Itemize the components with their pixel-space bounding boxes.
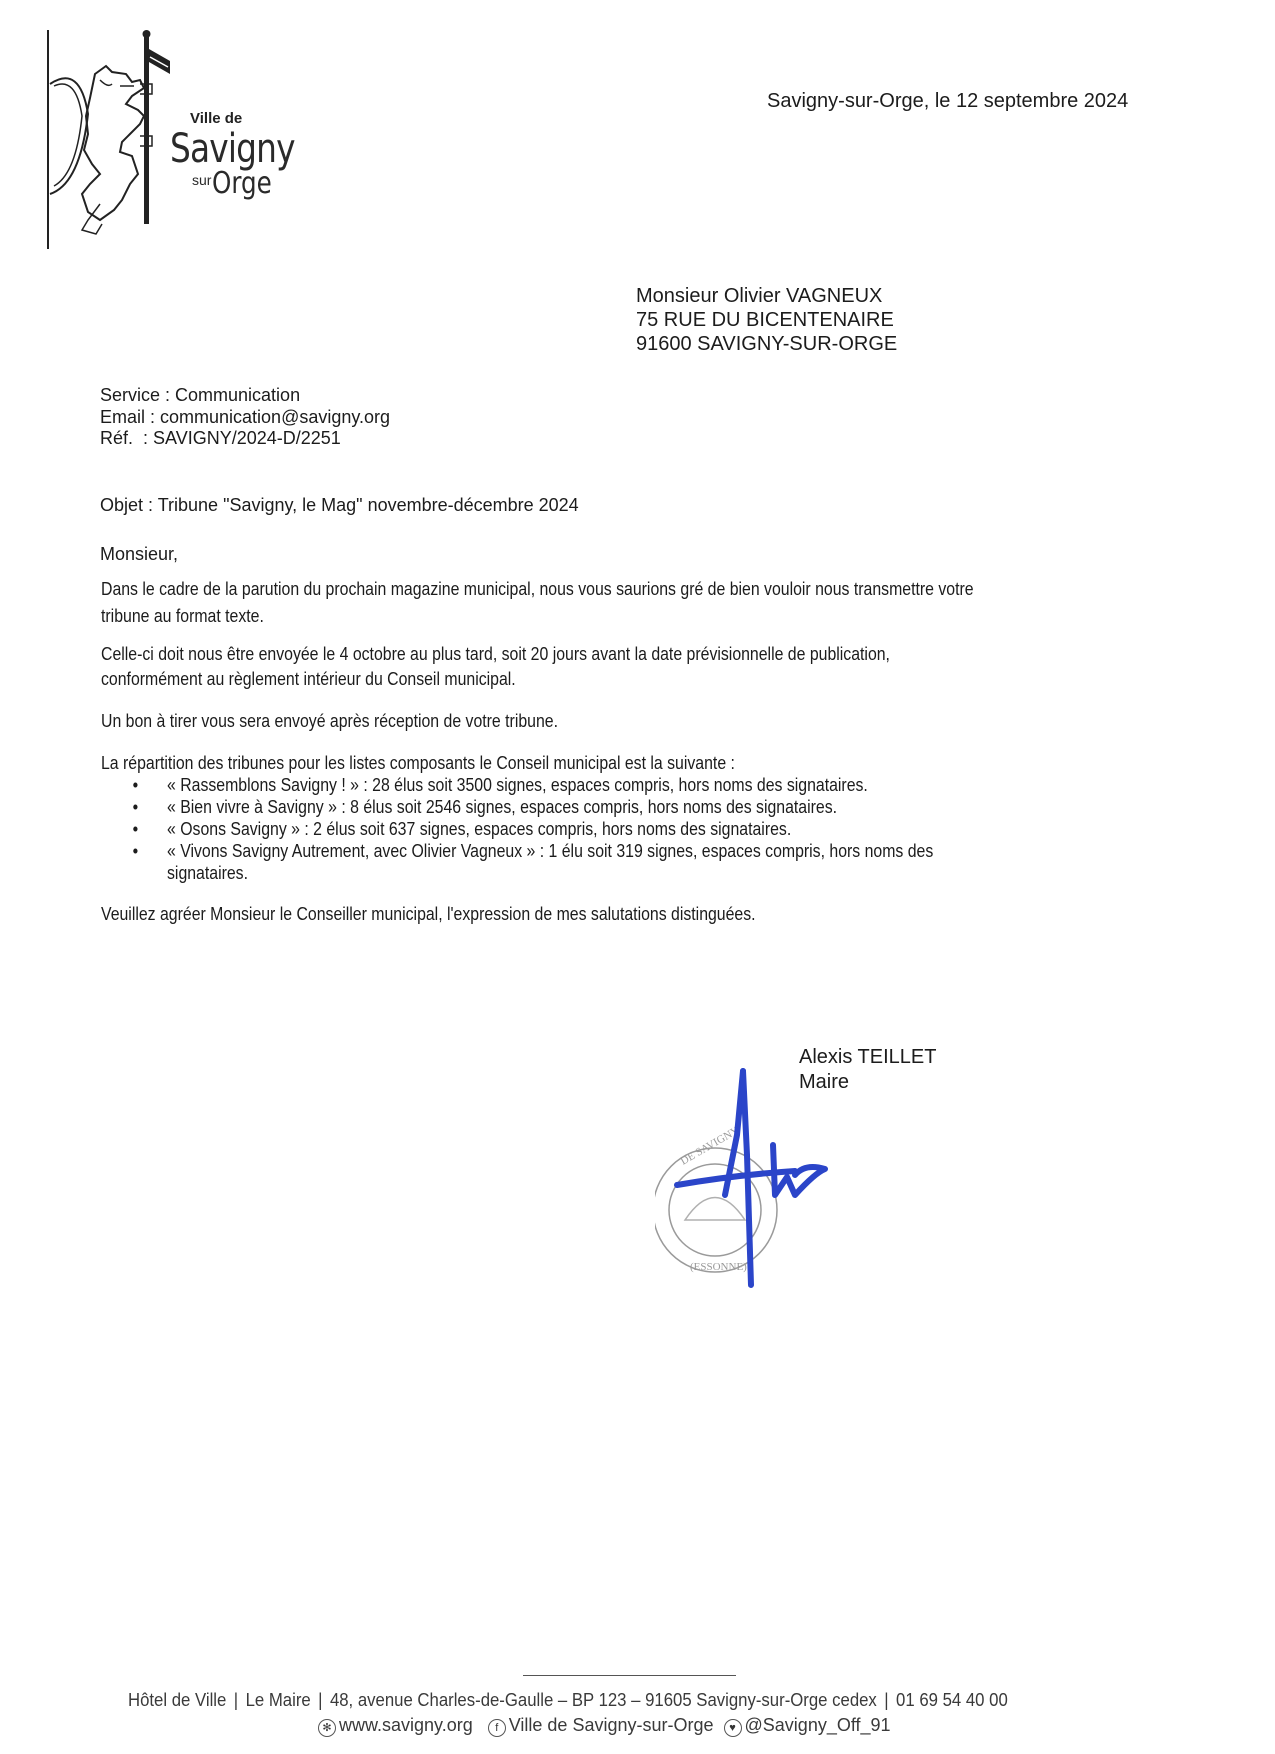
city-seal-icon (655, 1148, 777, 1272)
paragraph-1-line-2: tribune au format texte. (101, 605, 974, 627)
allocation-list: •« Rassemblons Savigny ! » : 28 élus soi… (101, 774, 933, 884)
closing-formula: Veuillez agréer Monsieur le Conseiller m… (101, 903, 756, 925)
list-item-text: « Vivons Savigny Autrement, avec Olivier… (167, 841, 933, 861)
footer-web-line: ✻www.savigny.org fVille de Savigny-sur-O… (318, 1715, 891, 1737)
svg-text:(ESSONNE): (ESSONNE) (690, 1261, 747, 1273)
signature-and-seal-icon: DE SAVIGNY (ESSONNE) (655, 1065, 855, 1305)
footer-separator: | (318, 1690, 322, 1710)
list-item: •« Bien vivre à Savigny » : 8 élus soit … (101, 796, 933, 818)
logo-text-ville-de: Ville de (190, 110, 242, 127)
paragraph-3: Un bon à tirer vous sera envoyé après ré… (101, 710, 558, 732)
bullet-icon: • (133, 774, 139, 796)
list-item: •« Osons Savigny » : 2 élus soit 637 sig… (101, 818, 933, 840)
bullet-icon: • (133, 818, 139, 840)
list-item-text: « Rassemblons Savigny ! » : 28 élus soit… (167, 775, 868, 795)
list-item-text: « Osons Savigny » : 2 élus soit 637 sign… (167, 819, 791, 839)
paragraph-2-line-1: Celle-ci doit nous être envoyée le 4 oct… (101, 643, 890, 665)
recipient-name: Monsieur Olivier VAGNEUX (636, 284, 897, 308)
footer-le-maire: Le Maire (246, 1690, 311, 1710)
recipient-city: 91600 SAVIGNY-SUR-ORGE (636, 332, 897, 356)
footer-address-line: Hôtel de Ville|Le Maire|48, avenue Charl… (128, 1690, 1008, 1711)
paragraph-1-line-1: Dans le cadre de la parution du prochain… (101, 578, 974, 600)
footer-website-link[interactable]: www.savigny.org (339, 1715, 473, 1735)
list-intro: La répartition des tribunes pour les lis… (101, 752, 933, 774)
footer-divider (523, 1675, 736, 1676)
list-item-text-continued: signataires. (167, 863, 248, 883)
subject-line: Objet : Tribune "Savigny, le Mag" novemb… (100, 494, 579, 516)
sender-meta: Service : Communication Email : communic… (100, 385, 390, 450)
place-date: Savigny-sur-Orge, le 12 septembre 2024 (767, 90, 1128, 112)
list-item-text: « Bien vivre à Savigny » : 8 élus soit 2… (167, 797, 837, 817)
allocation-section: La répartition des tribunes pour les lis… (101, 752, 933, 884)
footer-postal-address: 48, avenue Charles-de-Gaulle – BP 123 – … (330, 1690, 877, 1710)
paragraph-2-line-2: conformément au règlement intérieur du C… (101, 668, 890, 690)
footer-separator: | (884, 1690, 888, 1710)
salutation: Monsieur, (100, 543, 178, 565)
footer-twitter-link[interactable]: @Savigny_Off_91 (745, 1715, 891, 1735)
footer-hotel-de-ville: Hôtel de Ville (128, 1690, 226, 1710)
footer-separator: | (234, 1690, 238, 1710)
facebook-icon: f (488, 1719, 506, 1737)
list-item: •« Rassemblons Savigny ! » : 28 élus soi… (101, 774, 933, 796)
paragraph-1: Dans le cadre de la parution du prochain… (101, 578, 974, 627)
recipient-address: Monsieur Olivier VAGNEUX 75 RUE DU BICEN… (636, 284, 897, 356)
bullet-icon: • (133, 796, 139, 818)
paragraph-2: Celle-ci doit nous être envoyée le 4 oct… (101, 643, 890, 690)
service-line: Service : Communication (100, 385, 390, 407)
email-line: Email : communication@savigny.org (100, 407, 390, 429)
recipient-street: 75 RUE DU BICENTENAIRE (636, 308, 897, 332)
logo-text-sur: sur (192, 172, 211, 188)
bullet-icon: • (133, 840, 139, 862)
list-item: •« Vivons Savigny Autrement, avec Olivie… (101, 840, 933, 884)
logo-text-orge: Orge (212, 166, 272, 201)
reference-line: Réf. : SAVIGNY/2024-D/2251 (100, 428, 390, 450)
footer-facebook-link[interactable]: Ville de Savigny-sur-Orge (509, 1715, 714, 1735)
twitter-icon: ♥ (724, 1719, 742, 1737)
footer-phone: 01 69 54 40 00 (896, 1690, 1008, 1710)
globe-icon: ✻ (318, 1719, 336, 1737)
